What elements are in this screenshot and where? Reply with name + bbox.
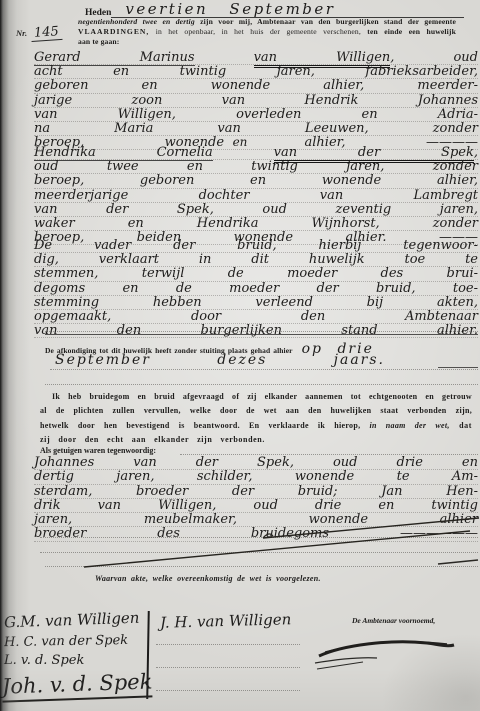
bride-line-1-suffix: , bbox=[474, 145, 478, 160]
announcement-date-line2: September dezes jaars. bbox=[55, 352, 385, 368]
signature-groom: G.M. van Willigen bbox=[4, 609, 140, 632]
divider-rule bbox=[45, 384, 478, 385]
intro-line-2-bold: ten einde een huwelijk bbox=[367, 27, 456, 36]
groom-line-4: jarige zoon van Hendrik Johannes bbox=[34, 94, 478, 108]
witness-line-3: sterdam, broeder der bruid; Jan Hen- bbox=[34, 485, 478, 499]
witnesses-intro: Als getuigen waren tegenwoordig: bbox=[40, 446, 156, 455]
intro-line-2: VLAARDINGEN, in het openbaar, in het hui… bbox=[78, 27, 456, 37]
witness-line-4: drik van Willigen, oud drie en twintig bbox=[34, 499, 478, 513]
consent-line-1: De vader der bruid, hierbij tegenwoor- bbox=[34, 239, 478, 253]
vows-paragraph: Ik heb bruidegom en bruid afgevraagd of … bbox=[40, 390, 472, 448]
consent-line-5: stemming hebben verleend bij akten, bbox=[34, 296, 478, 310]
intro-line-2-mid: in het openbaar, in het huis der gemeent… bbox=[156, 27, 361, 36]
intro-paragraph: negentienhonderd twee en dertig zijn voo… bbox=[78, 17, 456, 47]
intro-line-1: negentienhonderd twee en dertig zijn voo… bbox=[78, 17, 456, 27]
signature-dotted-line bbox=[156, 690, 300, 691]
consent-line-2: dig, verklaart in dit huwelijk toe te bbox=[34, 253, 478, 267]
official-signature-label: De Ambtenaar voornoemd, bbox=[352, 616, 435, 625]
consent-line-3: stemmen, terwijl de moeder des brui- bbox=[34, 267, 478, 281]
groom-line-5: van Willigen, overleden en Adria- bbox=[34, 108, 478, 122]
groom-line-2: acht en twintig jaren, fabrieksarbeider, bbox=[34, 65, 478, 79]
groom-line-1-suffix: , oud bbox=[390, 50, 478, 65]
witness-line-1: Johannes van der Spek, oud drie en bbox=[34, 456, 478, 470]
intro-line-3: aan te gaan: bbox=[78, 37, 456, 47]
witness-line-2: dertig jaren, schilder, wonende te Am- bbox=[34, 470, 478, 484]
closing-statement: Waarvan akte, welke overeenkomstig de we… bbox=[95, 574, 321, 583]
witness-line-6: broeder des bruidegoms —————— bbox=[34, 527, 478, 541]
marriage-certificate-scan: Heden veertien September Nr. 145 negenti… bbox=[0, 0, 480, 711]
act-number-value: 145 bbox=[31, 24, 63, 42]
signature-bride: H. C. van der Spek bbox=[4, 633, 128, 650]
consent-line-7: van den burgerlijken stand alhier. bbox=[34, 324, 478, 338]
vows-in-naam-der-wet: in naam der wet, bbox=[369, 421, 449, 430]
bride-line-2: oud twee en twintig jaren, zonder bbox=[34, 160, 478, 174]
divider-rule bbox=[45, 566, 478, 567]
bride-line-6: waker en Hendrika Wijnhorst, zonder bbox=[34, 217, 478, 231]
signature-witness-willigen: J. H. van Willigen bbox=[160, 610, 292, 631]
act-number-label: Nr. bbox=[16, 28, 27, 38]
signature-witness-spek: Joh. v. d. Spek bbox=[2, 669, 153, 702]
bride-line-1: Hendrika Cornelia van der Spek, bbox=[34, 146, 478, 160]
intro-line-1-rest: zijn voor mij, Ambtenaar van den burgerl… bbox=[200, 17, 456, 26]
divider-rule bbox=[40, 552, 478, 553]
groom-line-3: geboren en wonende alhier, meerder- bbox=[34, 79, 478, 93]
signature-dotted-line bbox=[156, 667, 300, 668]
bride-entry: Hendrika Cornelia van der Spek, oud twee… bbox=[34, 146, 478, 245]
divider-rule bbox=[50, 369, 478, 370]
groom-line-1: Gerard Marinus van Willigen, oud bbox=[34, 51, 478, 65]
witness-line-5: jaren, meubelmaker, wonende alhier bbox=[34, 513, 478, 527]
act-number: Nr. 145 bbox=[16, 23, 62, 41]
intro-year-printed: negentienhonderd twee en dertig bbox=[78, 17, 195, 26]
signature-father-of-bride: L. v. d. Spek bbox=[4, 653, 84, 668]
consent-line-6: opgemaakt, door den Ambtenaar bbox=[34, 310, 478, 324]
divider-rule bbox=[438, 367, 478, 368]
consent-line-4: degoms en de moeder der bruid, toe- bbox=[34, 282, 478, 296]
official-signature-scribble bbox=[313, 632, 461, 672]
signature-dotted-line bbox=[156, 644, 300, 645]
date-row: Heden veertien September bbox=[85, 2, 464, 18]
handwritten-date: veertien September bbox=[111, 2, 464, 18]
municipality-name: VLAARDINGEN, bbox=[78, 27, 149, 36]
witnesses-entry: Johannes van der Spek, oud drie en derti… bbox=[34, 456, 478, 542]
bride-line-3: beroep, geboren en wonende alhier, bbox=[34, 174, 478, 188]
bride-line-5: van der Spek, oud zeventig jaren, bbox=[34, 203, 478, 217]
bride-line-4: meerderjarige dochter van Lambregt bbox=[34, 189, 478, 203]
consent-statement: De vader der bruid, hierbij tegenwoor- d… bbox=[34, 239, 478, 338]
